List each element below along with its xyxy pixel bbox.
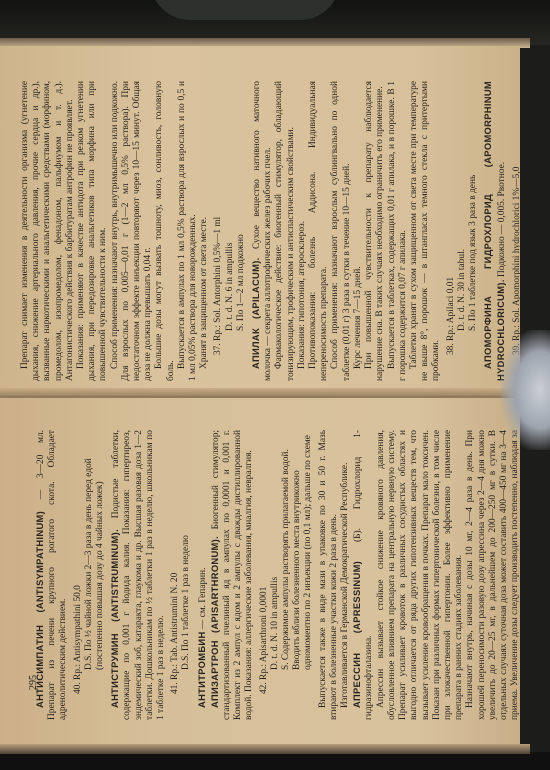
prescription-line: S. Содержимое ампулы растворять прилагае… xyxy=(281,430,315,694)
prescription-line: 38. Rp.: Apilaci 0,01 xyxy=(446,81,457,355)
page-295-text: АНТИСИМПАТИН (ANTISYMPATHINUM) — 3—20 мл… xyxy=(34,430,520,720)
prescription-line: 37. Rp.: Sol. Antorphini 0,5%—1 ml xyxy=(213,81,224,355)
drug-heading: АПИЗАРТРОН (APISARTHRONUM). xyxy=(209,536,220,708)
prescription-37: 37. Rp.: Sol. Antorphini 0,5%—1 mlD. t. … xyxy=(213,81,247,355)
drug-entry: АПИЗАРТРОН (APISARTHRONUM). Биогенный ст… xyxy=(209,430,256,720)
paragraph: Препарат снимает изменения в деятельност… xyxy=(20,81,76,381)
prescription-line: D. t. d. N. 6 in ampullis xyxy=(225,81,236,355)
paragraph: Выпускается в ампулах по 1 мл 0,5% раств… xyxy=(177,81,199,381)
page-number-295: 295 xyxy=(28,675,39,690)
paragraph: Назначают внутрь, начиная с дозы 10 мг, … xyxy=(465,430,520,720)
drug-entry: АНТИСТРУМИН (ANTISTRUMINUM). Подистые та… xyxy=(109,430,167,720)
paragraph: Показания: гипотония, атеросклероз. xyxy=(297,81,308,381)
drug-heading: АПИЛАК (APILACUM). xyxy=(250,257,261,369)
paragraph: Способ применения: назначают взрослым су… xyxy=(330,81,352,381)
page-295: АНТИСИМПАТИН (ANTISYMPATHINUM) — 3—20 мл… xyxy=(0,398,520,748)
paragraph: Курс лечения 7—15 дней. xyxy=(353,81,364,381)
prescription-line: 41. Rp.: Tab. Antistrumini N. 20 xyxy=(170,430,181,694)
drug-entry: АПИЛАК (APILACUM). Сухое вещество нативн… xyxy=(250,81,274,381)
paragraph: При повышенной чувствительности к препар… xyxy=(364,81,386,381)
page-294: Препарат снимает изменения в деятельност… xyxy=(0,46,520,396)
paragraph: Выпускается в таблетках, содержащих 0,01… xyxy=(387,81,409,381)
prescription-38: 38. Rp.: Apilaci 0,01D. t. d. N. 30 in t… xyxy=(446,81,480,355)
drug-entry: АНТИСИМПАТИН (ANTISYMPATHINUM) — 3—20 мл… xyxy=(34,430,70,720)
drug-entry: АНТИТРОМБИН — см. Гепарин. xyxy=(196,430,209,720)
paragraph: Фармакологическое действие: биогенный ст… xyxy=(274,81,296,381)
prescription-line: 40. Rp.: Antisympathini 50,0 xyxy=(73,430,84,694)
paragraph: Таблетки хранят в сухом защищенном от св… xyxy=(409,81,443,381)
prescription-line: S. По 1—2 мл подкожно xyxy=(236,81,247,355)
paragraph: Выпускается также в виде мази в упаковке… xyxy=(318,430,340,720)
drug-heading: АПРЕССИН (APRESSINUM) xyxy=(351,561,362,708)
dark-object-shadow xyxy=(150,0,340,20)
paragraph: Хранят в защищенном от света месте. xyxy=(199,81,210,381)
paragraph: Показания: применяют в качестве антидота… xyxy=(76,81,110,381)
paragraph: Изготавливается в Германской Демократиче… xyxy=(340,430,351,720)
paragraph: Большие дозы могут вызвать тошноту, миоз… xyxy=(154,81,176,381)
paragraph: Способ применения: назначают внутрь, вну… xyxy=(110,81,155,381)
page-294-text: Препарат снимает изменения в деятельност… xyxy=(20,81,520,381)
drug-entry: АПРЕССИН (APRESSINUM) (Б). Гидрохлорид 1… xyxy=(351,430,375,720)
prescription-line: D. t. d. N. 10 in ampullis xyxy=(270,430,281,694)
prescription-line: 39. Rp.: Sol. Apomorphini hydrochlorici … xyxy=(512,81,520,355)
drug-description: Подкожно — 0,005. Рвотное. xyxy=(497,162,507,279)
dark-background-bottom xyxy=(0,752,550,770)
prescription-40: 40. Rp.: Antisympathini 50,0D.S. По ½ ча… xyxy=(73,430,107,694)
drug-heading: АНТИСТРУМИН (ANTISTRUMINUM). xyxy=(109,529,120,708)
prescription-39: 39. Rp.: Sol. Apomorphini hydrochlorici … xyxy=(512,81,520,355)
prescription-42: 42. Rp.: Apisarthroni 0,0001D. t. d. N. … xyxy=(259,430,315,694)
prescription-line: D.S. По 1 таблетке 1 раз в неделю xyxy=(181,430,192,694)
prescription-line: D. t. d. N. 30 in tabul. xyxy=(457,81,468,355)
prescription-line: D.S. По ½ чайной ложки 2—3 раза в день п… xyxy=(84,430,106,694)
drug-heading: АНТИТРОМБИН xyxy=(196,631,207,708)
open-book: Препарат снимает изменения в деятельност… xyxy=(0,38,530,754)
prescription-line: 42. Rp.: Apisarthroni 0,0001 xyxy=(259,430,270,694)
prescription-41: 41. Rp.: Tab. Antistrumini N. 20D.S. По … xyxy=(170,430,192,694)
paragraph: Апрессин вызывает стойкое снижение кровя… xyxy=(376,430,466,720)
paragraph: Противопоказания: болезнь Аддисона. Инди… xyxy=(308,81,330,381)
drug-description: — см. Гепарин. xyxy=(198,568,208,632)
page-edges-bottom xyxy=(0,744,530,754)
prescription-line: S. По 1 таблетке под язык 3 раза в день xyxy=(468,81,479,355)
cloth-background xyxy=(500,330,550,450)
